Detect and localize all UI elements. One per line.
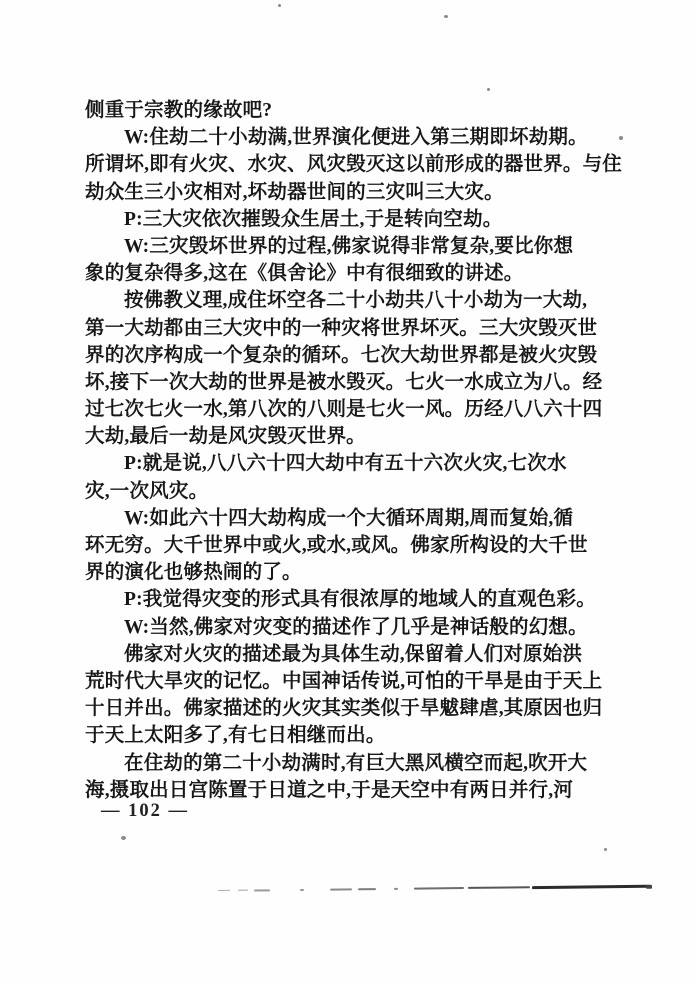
text-line: 环无穷。大千世界中或火,或水,或风。佛家所构设的大千世 [85, 532, 630, 559]
page-text: 侧重于宗教的缘故吧?W:住劫二十小劫满,世界演化便进入第三期即坏劫期。所谓坏,即… [85, 97, 630, 804]
book-page: 侧重于宗教的缘故吧?W:住劫二十小劫满,世界演化便进入第三期即坏劫期。所谓坏,即… [0, 0, 695, 983]
text-line: 所谓坏,即有火灾、水灾、风灾毁灭这以前形成的器世界。与住 [85, 151, 630, 178]
text-line: 过七次七火一水,第八次的八则是七火一风。历经八八六十四 [85, 396, 630, 423]
text-line: W:三灾毁坏世界的过程,佛家说得非常复杂,要比你想 [85, 233, 630, 260]
page-number: — 102 — [101, 801, 189, 822]
text-line: 坏,接下一次大劫的世界是被水毁灭。七火一水成立为八。经 [85, 369, 630, 396]
text-line: 十日并出。佛家描述的火灾其实类似于旱魃肆虐,其原因也归 [85, 695, 630, 722]
text-line: 界的次序构成一个复杂的循环。七次大劫世界都是被火灾毁 [85, 342, 630, 369]
text-line: 象的复杂得多,这在《俱舍论》中有很细致的讲述。 [85, 260, 630, 287]
text-line: 按佛教义理,成住坏空各二十小劫共八十小劫为一大劫, [85, 287, 630, 314]
text-line: 大劫,最后一劫是风灾毁灭世界。 [85, 423, 630, 450]
scan-speck [604, 848, 607, 851]
scan-speck [278, 4, 281, 7]
text-line: P:就是说,八八六十四大劫中有五十六次火灾,七次水 [85, 450, 630, 477]
text-line: 于天上太阳多了,有七日相继而出。 [85, 722, 630, 749]
scan-speck [121, 836, 126, 840]
text-line: 第一大劫都由三大灾中的一种灾将世界坏灭。三大灾毁灭世 [85, 315, 630, 342]
scan-artifact-line [218, 879, 654, 894]
text-line: 佛家对火灾的描述最为具体生动,保留着人们对原始洪 [85, 641, 630, 668]
text-line: 劫众生三小灾相对,坏劫器世间的三灾叫三大灾。 [85, 179, 630, 206]
text-line: W:住劫二十小劫满,世界演化便进入第三期即坏劫期。 [85, 124, 630, 151]
scan-speck [619, 136, 623, 140]
text-line: W:当然,佛家对灾变的描述作了几乎是神话般的幻想。 [85, 614, 630, 641]
text-line: 侧重于宗教的缘故吧? [85, 97, 630, 124]
scan-speck [432, 209, 435, 211]
text-line: 界的演化也够热闹的了。 [85, 559, 630, 586]
text-line: 在住劫的第二十小劫满时,有巨大黑风横空而起,吹开大 [85, 750, 630, 777]
scan-speck [487, 88, 490, 91]
text-line: 荒时代大旱灾的记忆。中国神话传说,可怕的干旱是由于天上 [85, 668, 630, 695]
text-line: 灾,一次风灾。 [85, 478, 630, 505]
text-line: P:我觉得灾变的形式具有很浓厚的地域人的直观色彩。 [85, 586, 630, 613]
scan-speck [444, 15, 448, 18]
text-line: W:如此六十四大劫构成一个大循环周期,周而复始,循 [85, 505, 630, 532]
text-line: P:三大灾依次摧毁众生居土,于是转向空劫。 [85, 206, 630, 233]
text-line: 海,摄取出日宫陈置于日道之中,于是天空中有两日并行,河 [85, 777, 630, 804]
